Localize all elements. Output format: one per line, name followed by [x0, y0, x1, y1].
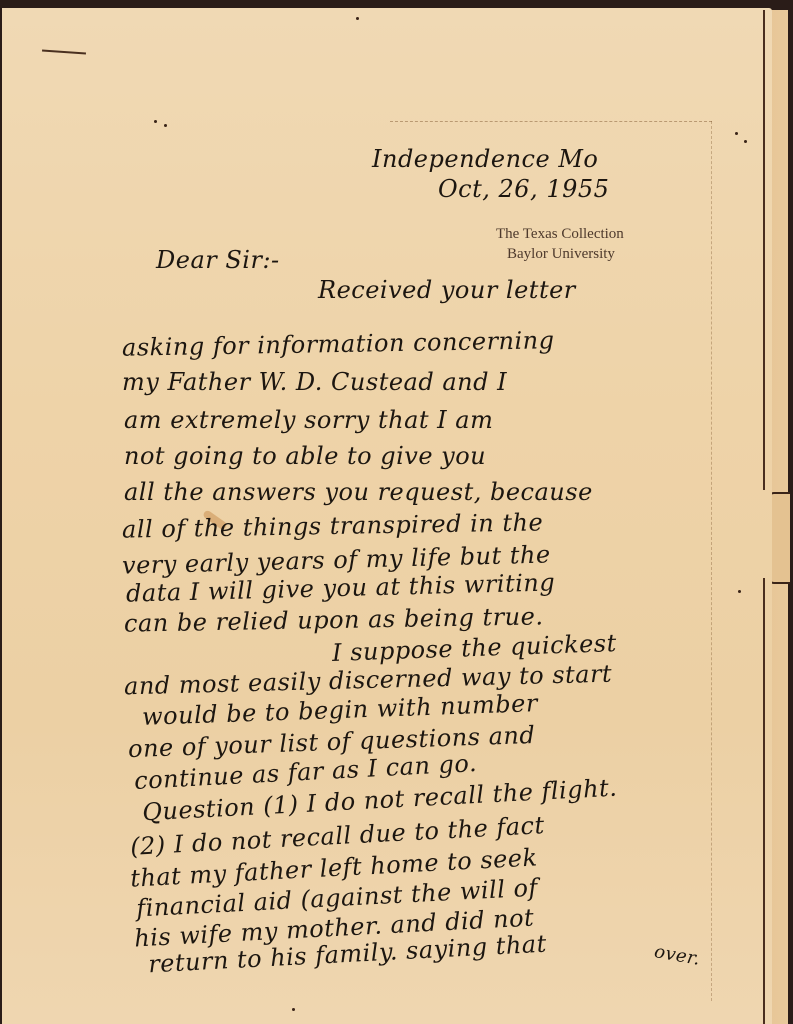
letter-page: Independence Mo Oct, 26, 1955 The Texas … [2, 8, 772, 1024]
over-note: over. [652, 938, 703, 974]
frame-guide-right [711, 121, 712, 1001]
paper-speck [744, 140, 747, 143]
paper-speck [154, 120, 157, 123]
letter-place: Independence Mo [372, 145, 598, 173]
body-line: Received your letter [318, 276, 576, 304]
folder-tab-spacer [768, 0, 788, 2]
body-line: not going to able to give you [124, 442, 486, 470]
paper-speck [356, 17, 359, 20]
letter-date: Oct, 26, 1955 [372, 174, 609, 204]
archive-stamp-line1: The Texas Collection [496, 226, 624, 242]
staple-mark [42, 49, 86, 54]
body-line: my Father W. D. Custead and I [122, 368, 507, 396]
archive-stamp-line2: Baylor University [496, 244, 624, 264]
body-line: asking for information concerning [122, 326, 555, 362]
page-edge-line [763, 578, 765, 1024]
paper-speck [164, 124, 167, 127]
paper-speck [738, 590, 741, 593]
body-line: all of the things transpired in the [122, 508, 544, 543]
salutation: Dear Sir:- [156, 246, 280, 274]
paper-speck [735, 132, 738, 135]
body-line: all the answers you request, because [124, 478, 593, 506]
page-edge-line [763, 10, 765, 490]
paper-speck [292, 1008, 295, 1011]
archive-stamp: The Texas Collection Baylor University [496, 224, 624, 264]
body-line: am extremely sorry that I am [124, 406, 493, 434]
scanned-letter: Independence Mo Oct, 26, 1955 The Texas … [0, 0, 793, 1024]
frame-guide-top [390, 121, 712, 122]
letter-place-date: Independence Mo Oct, 26, 1955 [372, 144, 609, 204]
body-line: can be relied upon as being true. [124, 602, 544, 637]
